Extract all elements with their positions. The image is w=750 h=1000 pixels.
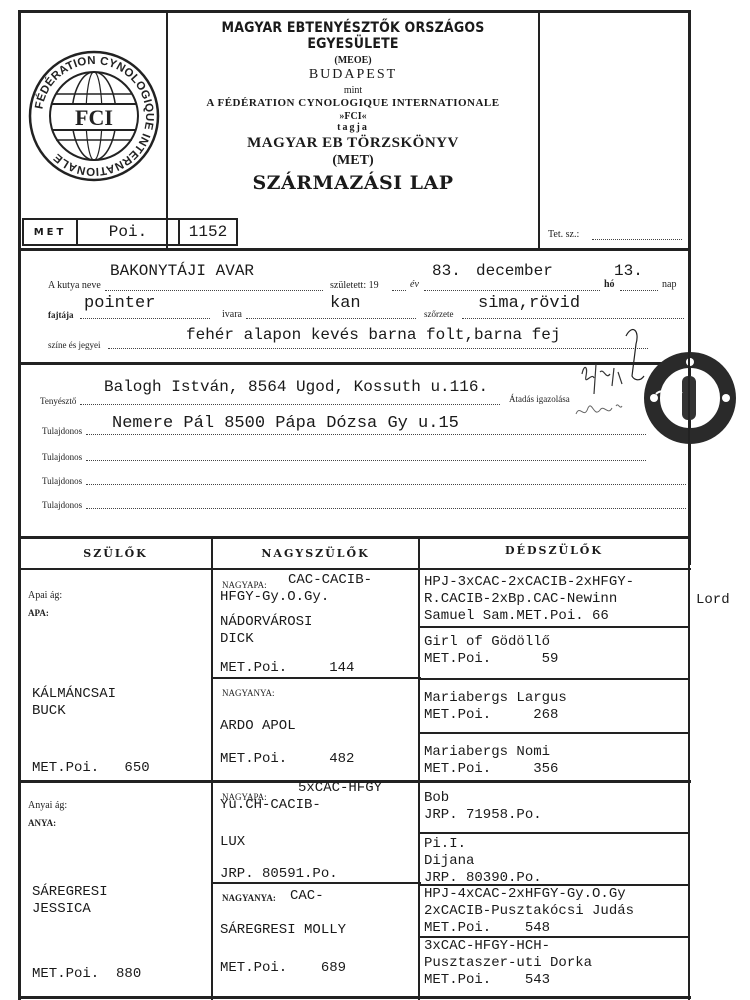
- sex-value: kan: [330, 294, 361, 313]
- fci-logo: FCI FÉDÉRATION CYNOLOGIQUE INTERNATIONAL…: [26, 48, 162, 184]
- sire-grandsire-reg: MET.Poi. 144: [220, 660, 354, 677]
- dam-granddam-name: SÁREGRESI MOLLY: [220, 922, 346, 939]
- coat-value: sima,rövid: [478, 294, 580, 313]
- header-block: MAGYAR EBTENYÉSZTŐK ORSZÁGOS EGYESÜLETE …: [168, 20, 538, 194]
- breed-code: Poi.: [78, 220, 180, 244]
- dam-grandsire-reg: JRP. 80591.Po.: [220, 866, 338, 883]
- ggp-1: HPJ-3xCAC-2xCACIB-2xHFGY- R.CACIB-2xBp.C…: [424, 574, 634, 625]
- sire-grandsire-name: NÁDORVÁROSI DICK: [220, 614, 312, 648]
- pedigree-top-border: [18, 536, 691, 539]
- ggp-6: Pi.I. Dijana JRP. 80390.Po.: [424, 836, 542, 887]
- section-divider-1: [18, 248, 691, 251]
- ggp-7: HPJ-4xCAC-2xHFGY-Gy.O.Gy 2xCACIB-Pusztak…: [424, 886, 634, 937]
- dog-name-label: A kutya neve: [48, 280, 101, 291]
- dam-name: SÁREGRESI JESSICA: [32, 884, 108, 918]
- registration-number: 1152: [180, 220, 236, 244]
- org-abbr: (MEOE): [168, 55, 538, 66]
- owner-1-label: Tulajdonos: [42, 426, 82, 436]
- pedigree-header-bottom: [18, 568, 691, 570]
- coat-label: szőrzete: [424, 309, 453, 319]
- owner-4-label: Tulajdonos: [42, 500, 82, 510]
- document-title: SZÁRMAZÁSI LAP: [168, 172, 538, 194]
- dam-grandsire-name: LUX: [220, 834, 245, 851]
- owner-1-value: Nemere Pál 8500 Pápa Dózsa Gy u.15: [112, 414, 459, 433]
- frame-top: [18, 10, 690, 13]
- color-line: [108, 348, 648, 349]
- owner-4-field[interactable]: [86, 508, 686, 509]
- transfer-label: Átadás igazolása: [509, 394, 570, 404]
- dog-name: BAKONYTÁJI AVAR: [110, 262, 254, 280]
- month-label: hó: [604, 279, 615, 290]
- ggp-2: Girl of Gödöllő MET.Poi. 59: [424, 634, 558, 668]
- sex-line: [246, 318, 416, 319]
- sire-grand-divider: [211, 677, 421, 679]
- born-month: december: [476, 262, 553, 280]
- owner-3-label: Tulajdonos: [42, 476, 82, 486]
- frame-right-pedigree: [688, 536, 690, 1000]
- ggp-divider-2: [418, 678, 690, 680]
- dam-granddam-reg: MET.Poi. 689: [220, 960, 346, 977]
- born-day-line: [620, 290, 658, 291]
- dam-reg: MET.Poi. 880: [32, 966, 141, 983]
- color-value: fehér alapon kevés barna folt,barna fej: [186, 326, 560, 344]
- breed-line: [80, 318, 210, 319]
- city: BUDAPEST: [168, 67, 538, 83]
- header-great-grandparents: DÉDSZÜLŐK: [420, 544, 688, 557]
- studbook-abbr: (MET): [168, 153, 538, 169]
- dog-name-line: [105, 290, 323, 291]
- ggp-5: Bob JRP. 71958.Po.: [424, 790, 542, 824]
- mint-text: mint: [168, 85, 538, 96]
- sire-granddam-name: ARDO APOL: [220, 718, 296, 735]
- sire-branch-label: Apai ág:: [28, 590, 62, 601]
- born-year-line: [392, 290, 406, 291]
- dam-branch-label: Anyai ág:: [28, 800, 67, 811]
- sire-name: KÁLMÁNCSAI BUCK: [32, 686, 116, 720]
- born-day: 13.: [614, 262, 643, 280]
- fci-abbr: »FCI«: [168, 111, 538, 122]
- dam-grandsire-titles: 5xCAC-HFGY Yu.CH-CACIB-: [220, 780, 382, 814]
- breeder-value: Balogh István, 8564 Ugod, Kossuth u.116.: [104, 378, 488, 396]
- color-label: színe és jegyei: [48, 340, 100, 350]
- coat-line: [462, 318, 684, 319]
- ggp-divider-5: [418, 832, 690, 834]
- sire-granddam-reg: MET.Poi. 482: [220, 751, 354, 768]
- dam-granddam-titles: CAC-: [290, 888, 324, 905]
- sex-label: ivara: [222, 309, 242, 320]
- ggp-1-overflow: Lord: [696, 592, 730, 609]
- owner-2-field[interactable]: [86, 460, 646, 461]
- owner-1-line: [86, 434, 646, 435]
- ggp-divider-3: [418, 732, 690, 734]
- met-prefix: MET: [24, 220, 78, 244]
- born-month-line: [424, 290, 600, 291]
- org-name: MAGYAR EBTENYÉSZTŐK ORSZÁGOS EGYESÜLETE: [187, 20, 520, 52]
- breeder-line: [80, 404, 500, 405]
- owner-2-label: Tulajdonos: [42, 452, 82, 462]
- tet-divider: [538, 10, 540, 248]
- header-parents: SZÜLŐK: [20, 547, 211, 560]
- ggp-3: Mariabergs Largus MET.Poi. 268: [424, 690, 567, 724]
- sire-granddam-label: NAGYANYA:: [222, 688, 275, 698]
- header-grandparents: NAGYSZÜLŐK: [213, 547, 418, 560]
- frame-left: [18, 10, 21, 1000]
- born-year: 83.: [432, 262, 461, 280]
- studbook-name: MAGYAR EB TÖRZSKÖNYV: [168, 135, 538, 152]
- tagja-text: tagja: [168, 122, 538, 133]
- pedigree-bottom-border: [18, 996, 691, 999]
- owner-3-field[interactable]: [86, 484, 686, 485]
- col-divider-1: [211, 536, 213, 1000]
- col-divider-2: [418, 536, 420, 1000]
- registration-box: MET Poi. 1152: [22, 218, 238, 246]
- fci-globe-icon: FCI FÉDÉRATION CYNOLOGIQUE INTERNATIONAL…: [26, 48, 162, 184]
- breed-value: pointer: [84, 294, 155, 313]
- dam-granddam-label: NAGYANYA:: [222, 893, 276, 903]
- breed-label: fajtája: [48, 310, 74, 320]
- sire-grandsire-titles: CAC-CACIB- HFGY-Gy.O.Gy.: [220, 572, 372, 606]
- breeder-label: Tenyésztő: [40, 396, 76, 406]
- day-label: nap: [662, 279, 676, 290]
- tet-sz-field[interactable]: [592, 239, 682, 240]
- year-label: év: [410, 279, 419, 290]
- fci-full-name: A FÉDÉRATION CYNOLOGIQUE INTERNATIONALE: [168, 97, 538, 109]
- tet-sz-label: Tet. sz.:: [548, 229, 579, 240]
- dam-role-label: ANYA:: [28, 818, 56, 828]
- sire-role-label: APA:: [28, 608, 49, 618]
- ggp-4: Mariabergs Nomi MET.Poi. 356: [424, 744, 558, 778]
- frame-right-continued: [688, 338, 690, 538]
- official-stamp: [642, 350, 738, 446]
- sire-reg: MET.Poi. 650: [32, 760, 150, 777]
- ggp-divider-1: [418, 626, 690, 628]
- stamp-icon: [642, 350, 738, 446]
- svg-text:FCI: FCI: [75, 105, 113, 130]
- ggp-8: 3xCAC-HFGY-HCH- Pusztaszer-uti Dorka MET…: [424, 938, 592, 989]
- born-label: született: 19: [330, 280, 379, 291]
